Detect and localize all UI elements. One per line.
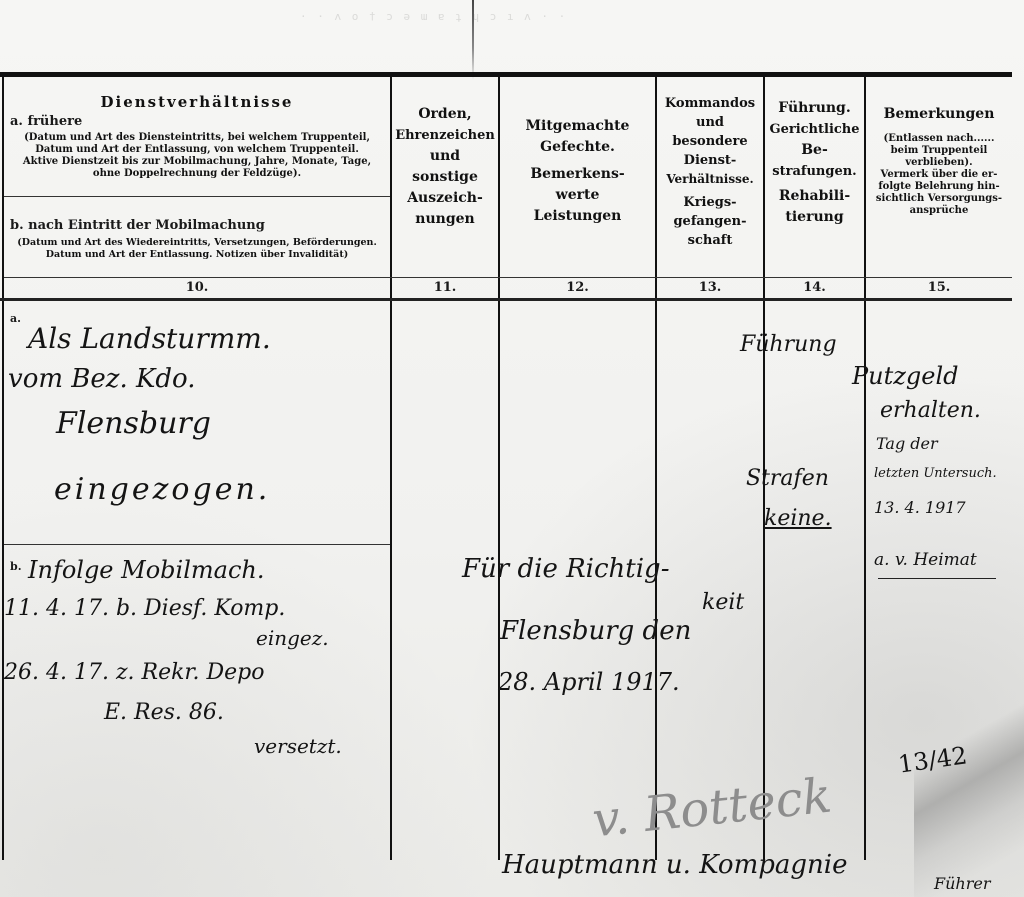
entry-10b-line-2: 11. 4. 17. b. Diesf. Komp. <box>4 596 285 621</box>
entry-15-heimat: a. v. Heimat <box>874 550 977 570</box>
body-a-b-divider <box>4 544 390 545</box>
pencil-signature: v. Rotteck <box>590 768 834 849</box>
column-10-b-label: b. nach Eintritt der Mobilmachung <box>10 218 265 233</box>
column-number-13: 13. <box>657 280 763 298</box>
entry-15-untersuch: letzten Untersuch. <box>874 466 997 481</box>
column-15-header: Bemerkungen (Entlassen nach...... beim T… <box>866 104 1012 217</box>
signature-title: Hauptmann u. Kompagnie <box>502 850 847 880</box>
entry-15-tag-der: Tag der <box>876 434 938 453</box>
entry-15-erhalten: erhalten. <box>880 398 981 423</box>
entry-15-putzgeld: Putzgeld <box>852 362 959 390</box>
entry-14-strafen: Strafen <box>746 466 829 491</box>
entry-10b-line-1: Infolge Mobilmach. <box>28 556 264 584</box>
column-number-14: 14. <box>765 280 864 298</box>
entry-10b-line-5: E. Res. 86. <box>104 700 224 725</box>
column-number-15: 15. <box>866 280 1012 298</box>
entry-15-date: 13. 4. 1917 <box>874 498 966 517</box>
table-top-border <box>0 72 1012 77</box>
header-bottom-line <box>4 277 1012 278</box>
column-10-title: Dienstverhältnisse <box>6 92 388 113</box>
entry-10a-line-4: eingezogen. <box>54 472 270 507</box>
column-13-header: Kommandos und besondere Dienst- Verhältn… <box>657 94 763 250</box>
entry-10b-line-4: 26. 4. 17. z. Rekr. Depo <box>4 660 265 685</box>
column-10-header: Dienstverhältnisse <box>6 92 388 113</box>
column-11-header: Orden, Ehrenzeichen und sonstige Auszeic… <box>392 104 498 230</box>
table-left-border <box>2 76 4 860</box>
certification-date: 28. April 1917. <box>498 668 680 696</box>
bleed-through-text: · · ʌ o † ɔ ǝ ɯ ɐ ʇ ɥ ɔ ı ʌ · · <box>300 10 720 22</box>
entry-10a-line-3: Flensburg <box>56 406 211 441</box>
header-a-b-divider <box>4 196 390 197</box>
paper-fold <box>472 0 474 80</box>
column-number-12: 12. <box>500 280 655 298</box>
entry-10b-line-3: eingez. <box>256 626 329 650</box>
document-page: · · ʌ o † ɔ ǝ ɯ ɐ ʇ ɥ ɔ ı ʌ · · Dienstve… <box>0 0 1024 897</box>
entry-10b-line-6: versetzt. <box>254 734 342 758</box>
entry-15-underline <box>878 578 996 579</box>
section-a-label: a. <box>10 312 21 325</box>
column-14-header: Führung. Gerichtliche Be- strafungen. Re… <box>765 98 864 228</box>
signature-title-cont: Führer <box>934 874 990 893</box>
column-number-11: 11. <box>392 280 498 298</box>
column-12-header: Mitgemachte Gefechte. Bemerkens- werte L… <box>500 116 655 227</box>
entry-10a-line-2: vom Bez. Kdo. <box>8 364 196 394</box>
number-row-bottom-line <box>0 298 1012 301</box>
column-10-b-note: (Datum und Art des Wiedereintritts, Vers… <box>4 237 390 261</box>
column-10-a-note: (Datum und Art des Diensteintritts, bei … <box>6 132 388 180</box>
column-number-10: 10. <box>4 280 390 298</box>
entry-14-keine: keine. <box>764 506 832 531</box>
certification-line-2: keit <box>702 590 744 615</box>
section-b-label: b. <box>10 560 22 573</box>
entry-14-fuehrung: Führung <box>740 332 837 357</box>
certification-line-1: Für die Richtig- <box>462 554 669 584</box>
entry-10a-line-1: Als Landsturmm. <box>28 322 271 355</box>
certification-line-3: Flensburg den <box>500 616 691 646</box>
column-10-a-label: a. frühere <box>10 114 82 129</box>
